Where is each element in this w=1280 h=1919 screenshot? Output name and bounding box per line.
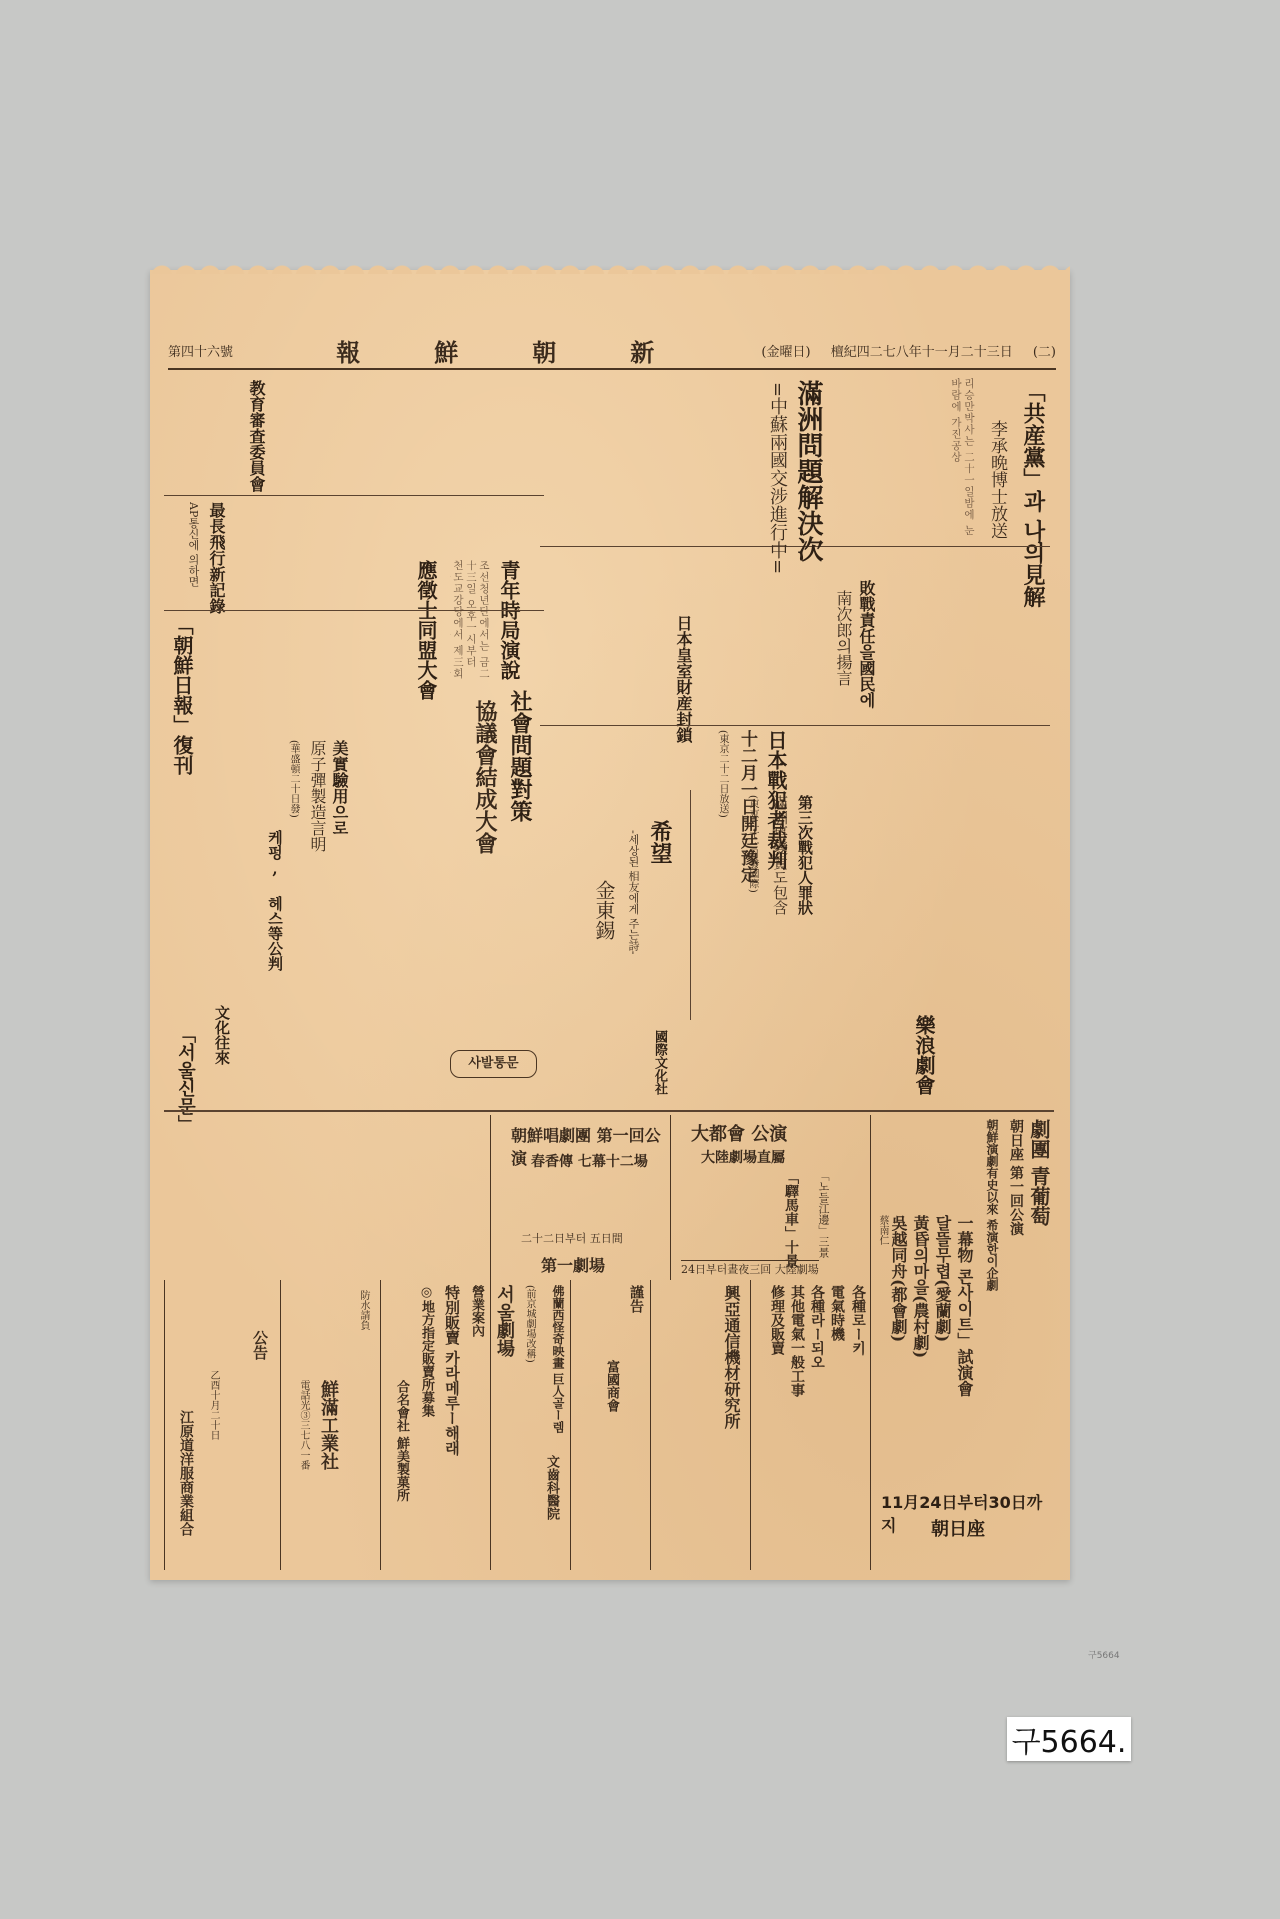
headline-nakrang: 樂浪劇會 [910, 1015, 939, 1095]
headline-kukje: 國際文化社 [650, 1030, 669, 1095]
ad-seoul-theatre: 佛蘭西怪奇映畫 巨人골ー렘 (前京城劇場改稱) 서울劇場 文齒科醫院 [490, 1280, 571, 1570]
headline-atom: 美實驗用으로 [328, 740, 351, 836]
ad-notice: 公告 乙酉十月二十日 江原道洋服商業組合 [164, 1280, 281, 1570]
ad-fukoku: 謹告 富國商會 [570, 1280, 651, 1570]
headline-sabal: 사발통문 [450, 1050, 537, 1078]
headline-education: 教育審査委員會 [245, 380, 268, 492]
headline-youth: 青年時局演說 [495, 560, 524, 680]
date-line: (金曜日) 檀紀四二七八年十一月二十三日 (二) [761, 341, 1056, 360]
ad-changgeuk: 朝鮮唱劇團 第一回公演 春香傳 七幕十二場 二十二日부터 五日間 第一劇場 [490, 1115, 671, 1280]
subhead-manchuria: =中蘇兩國交涉進行中= [764, 382, 790, 574]
headline-veterans: 應徵士同盟大會 [412, 560, 441, 700]
headline-tribunal: 케펑, 헤스等公判 [265, 830, 286, 971]
ad-heunga: 各種로ー키 電氣時機 各種라ー되오 其他電氣一般工事 修理及販賣 [750, 1280, 871, 1570]
archive-label: 구5664. [1007, 1717, 1131, 1761]
issue-number: 第四十六號 [168, 341, 233, 360]
subhead-rhee: 李承晩博士放送 [985, 420, 1010, 539]
pencil-mark: 구5664 [1088, 1648, 1120, 1661]
newspaper-page: 第四十六號 報 鮮 朝 新 (金曜日) 檀紀四二七八年十一月二十三日 (二) 「… [150, 270, 1070, 1580]
ad-cheongpodo: 劇團 青葡萄 朝日座 第一回公演 朝鮮演劇有史以來 希演한이企劇 一幕物 콘사이… [870, 1115, 1056, 1570]
masthead: 第四十六號 報 鮮 朝 新 (金曜日) 檀紀四二七八年十一月二十三日 (二) [168, 332, 1056, 370]
headline-social: 社會問題對策 [505, 690, 536, 822]
article-body-education [168, 378, 238, 488]
headline-minami: 敗戰責任을國民에 [855, 580, 878, 708]
headline-culture: 文化往來 [212, 1005, 233, 1065]
headline-manchuria: 滿洲問題解決次 [790, 380, 827, 562]
article-body-manchuria [545, 378, 755, 543]
ad-heunga-title: 興亞通信機材研究所 [650, 1280, 751, 1570]
ad-industry: 防水請負 鮮滿工業社 電話光③三七八一番 [280, 1280, 381, 1570]
article-body-youth: 조선청년단에서는 금二十三일 오후一시부터 천도교강당에서 제三회 시국연설대회… [450, 560, 490, 680]
headline-rhee: 「共産黨」과 나의見解 [1018, 380, 1049, 608]
headline-seoul-shinmun: 「서울신문」 [172, 1025, 198, 1133]
poem-author: 金東錫 [590, 880, 619, 940]
headline-war3: 第三次戰犯人罪狀 [795, 795, 816, 915]
ad-daeryuk: 大都會 公演 大陸劇場直屬 「노들江邊」三景 「驛馬車」十景 24日부터晝夜三回… [670, 1115, 871, 1280]
headline-imperial: 日本皇室財産封鎖 [672, 615, 695, 743]
headline-chosun: 「朝鮮日報」復刊 [168, 615, 197, 775]
headline-flight: 最長飛行新記錄 [205, 502, 228, 614]
headline-poem: 希望 [645, 820, 676, 864]
ad-caramel: 營業案內 特別販賣 카라메루ー해래 ◎地方指定販賣所募集 合名會社 鮮美製菓所 [380, 1280, 491, 1570]
newspaper-title: 報 鮮 朝 新 [336, 333, 658, 368]
